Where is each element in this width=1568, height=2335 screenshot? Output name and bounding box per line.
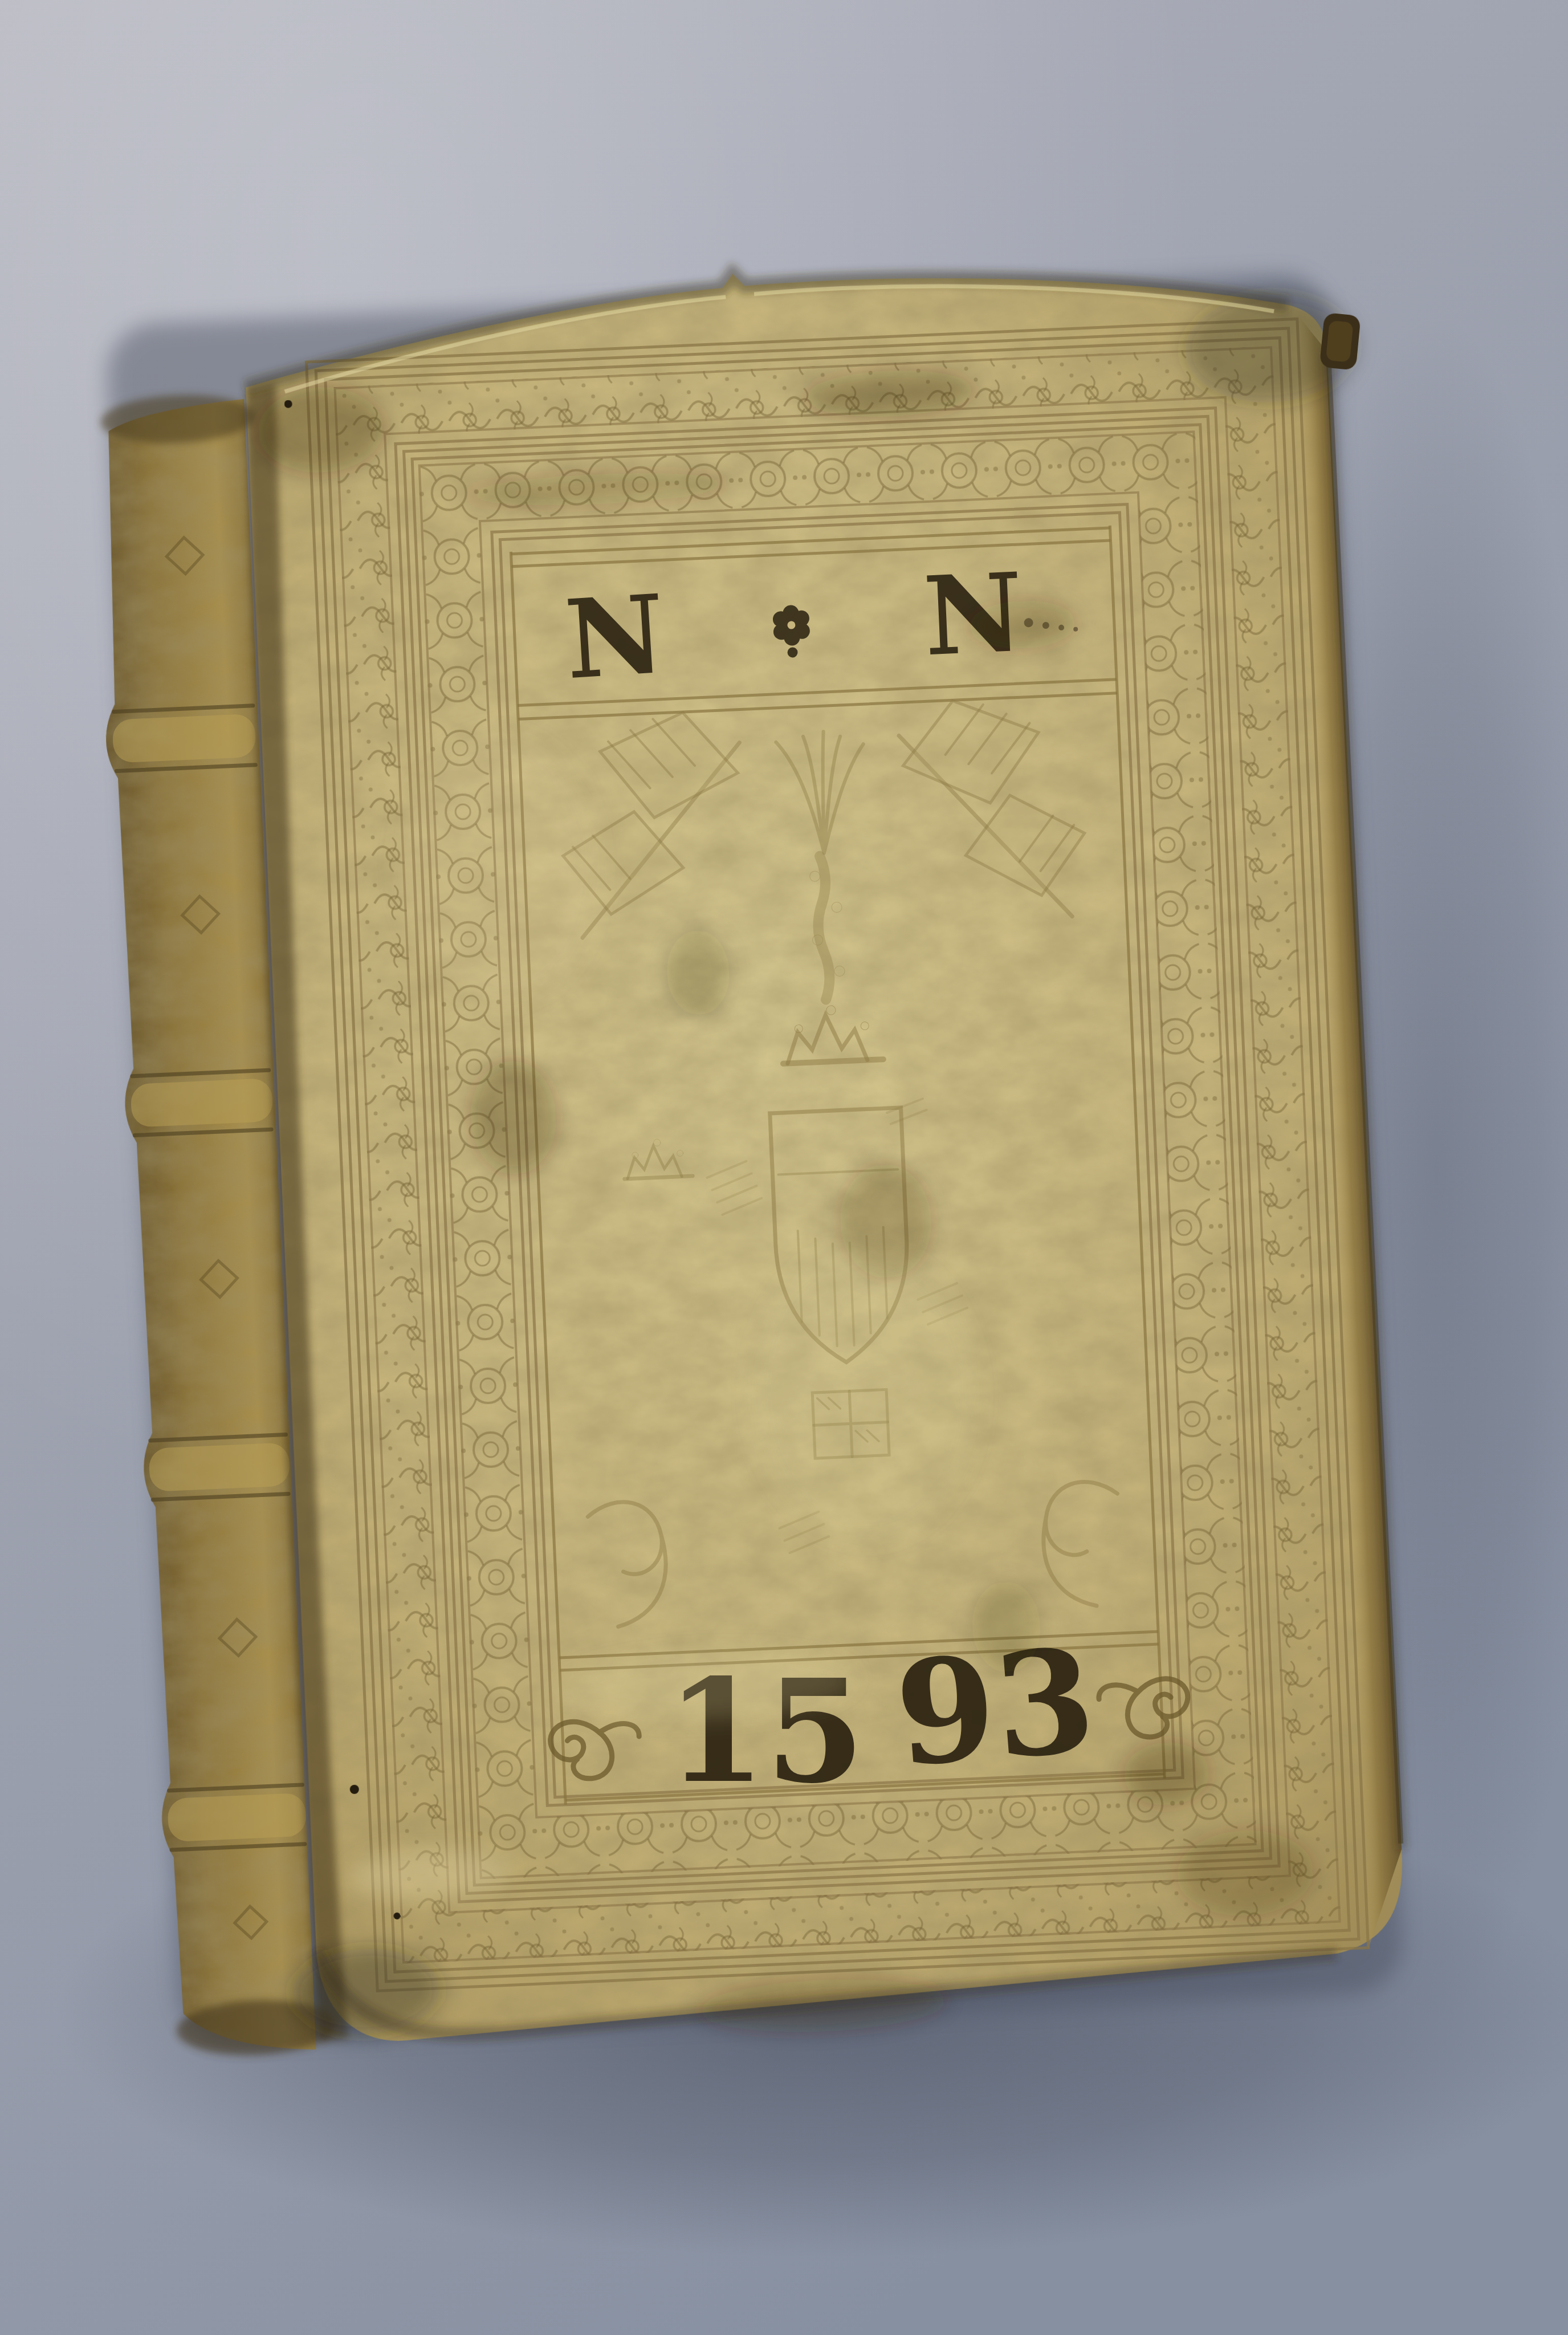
photo-of-antique-book: N N xyxy=(0,0,1568,2335)
book: N N xyxy=(87,247,1435,2060)
monogram-left-letter: N xyxy=(562,571,669,703)
clasp-remnant xyxy=(1319,312,1361,371)
